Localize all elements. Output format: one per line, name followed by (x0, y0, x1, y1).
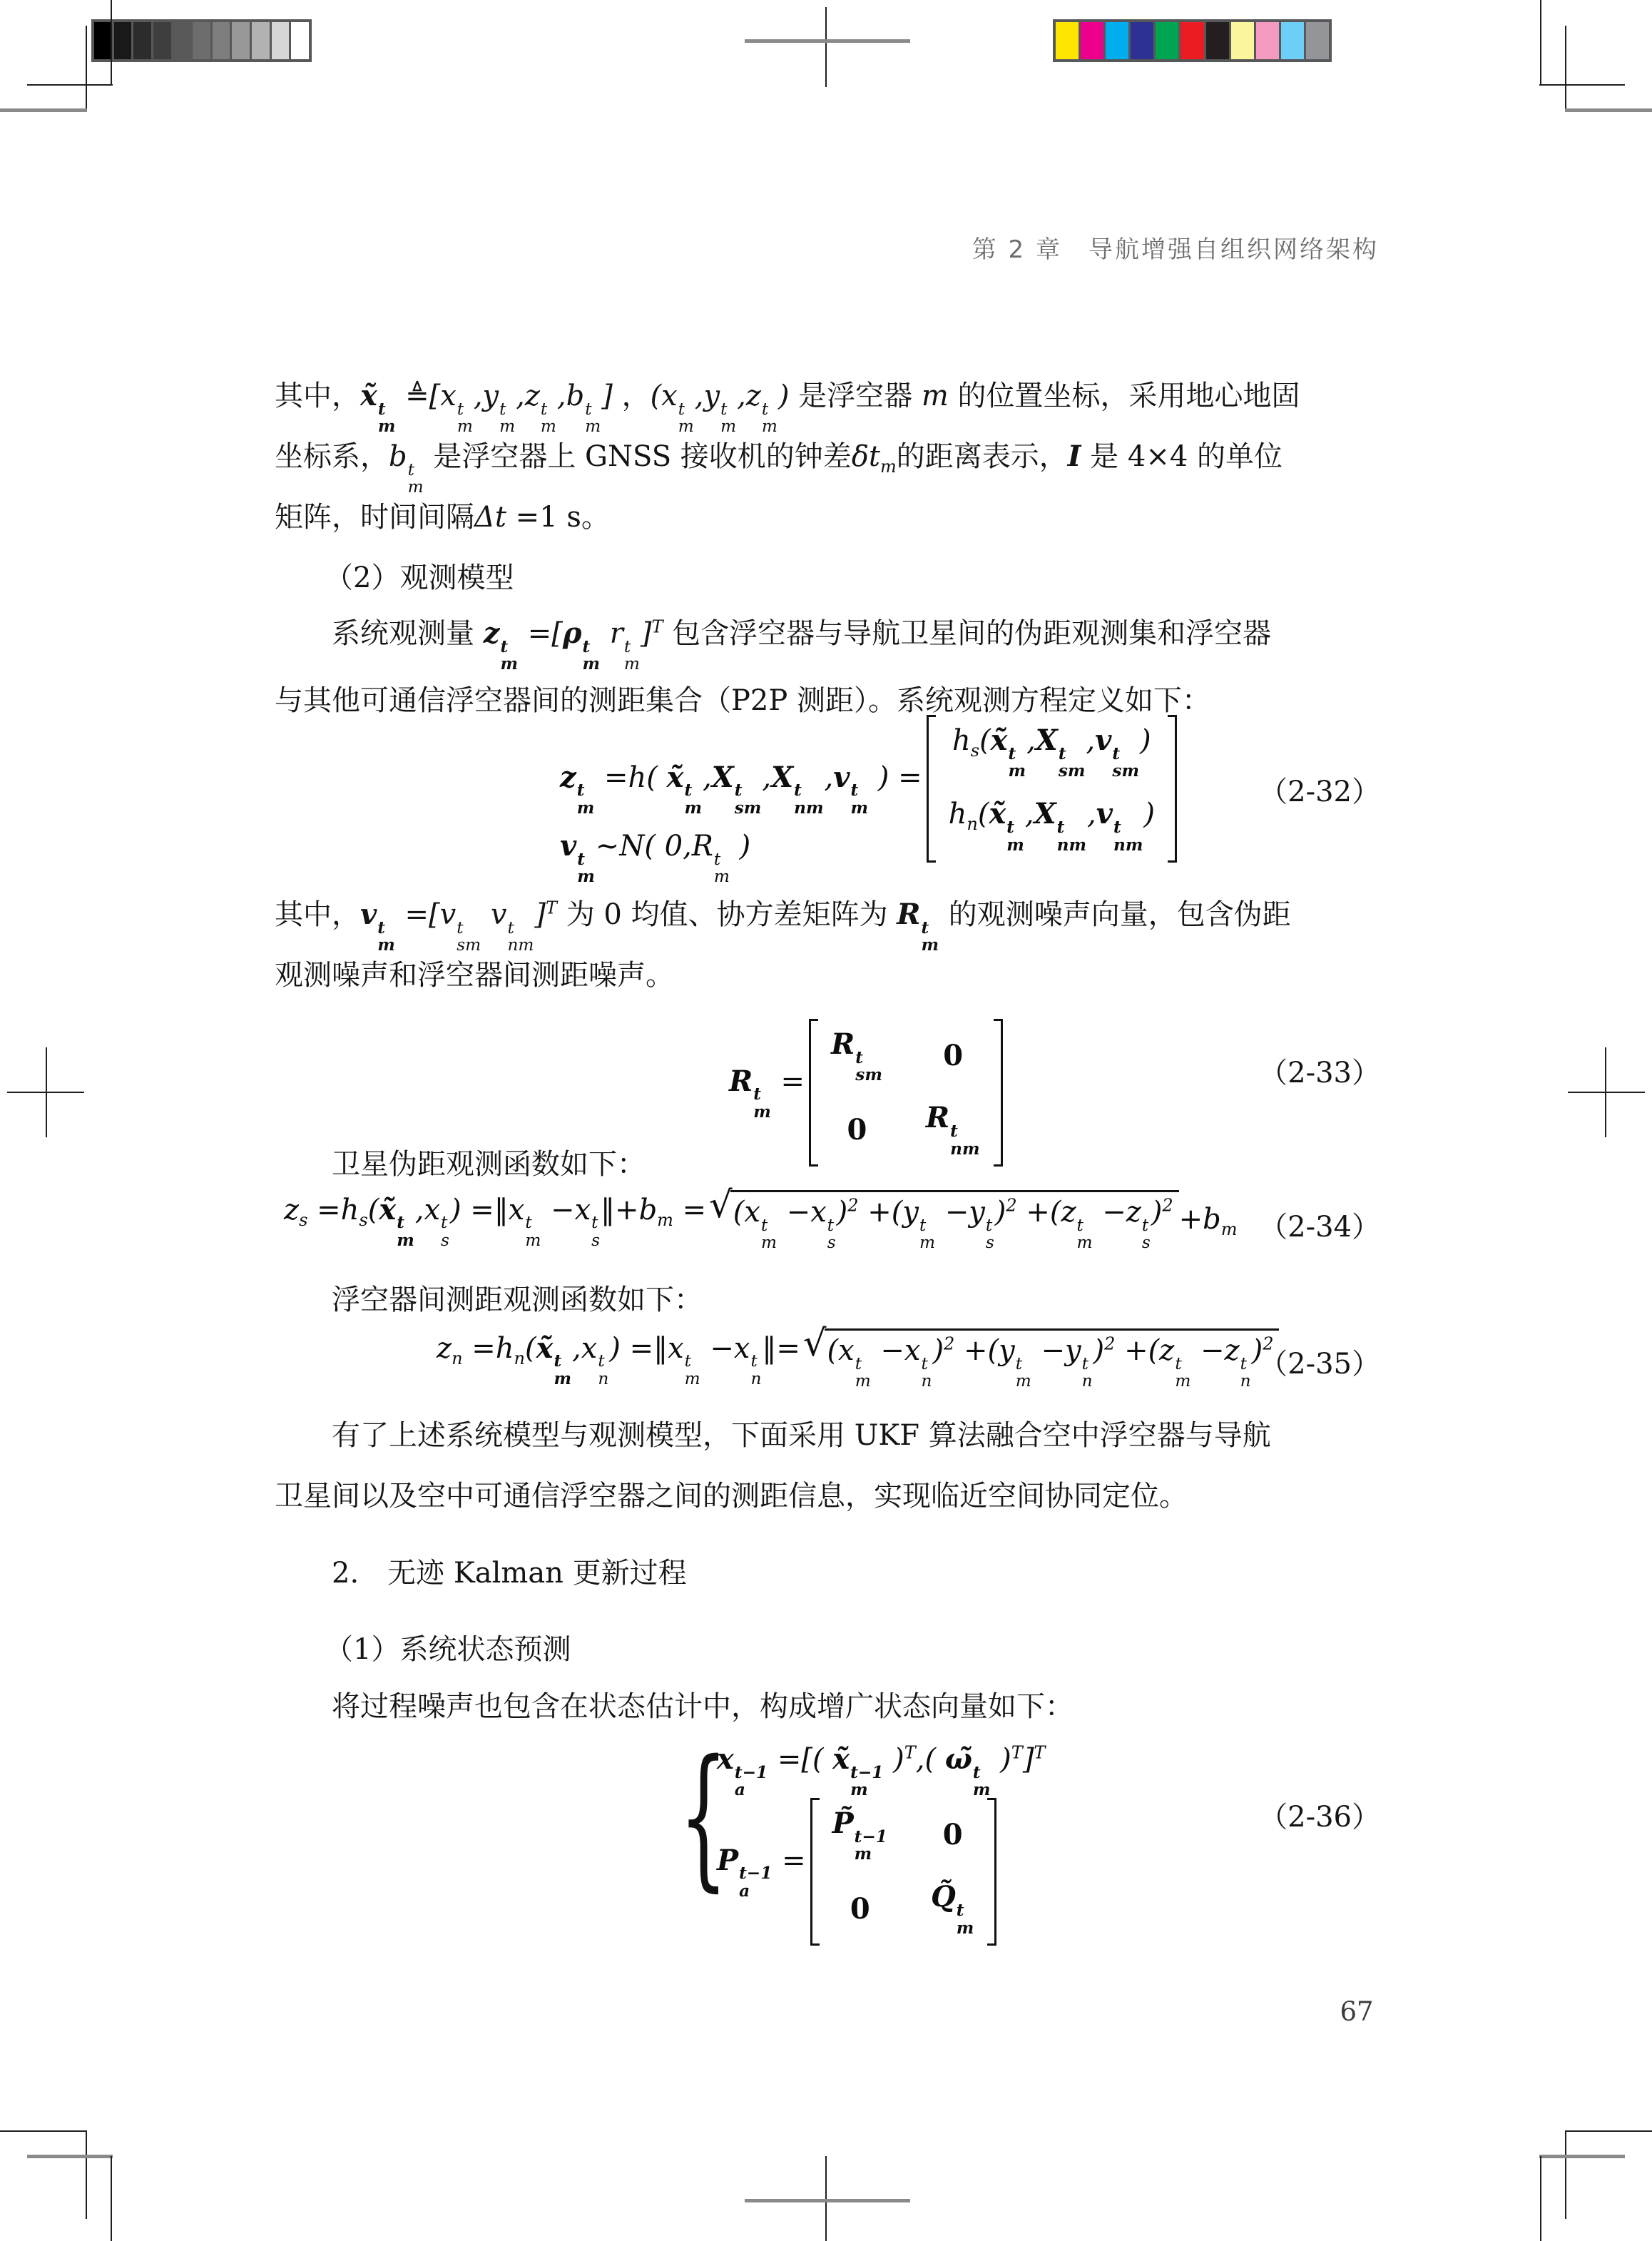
matrix-cell: Q̃tm (931, 1880, 974, 1936)
crop-mark (111, 2156, 112, 2241)
body-line: 其中，vtm =[vtsm vtnm]T 为 0 均值、协方差矩阵为 Rtm 的… (275, 893, 1291, 954)
equation-number-2-35: （2-35） (1238, 1341, 1380, 1382)
calibration-cell (1281, 22, 1306, 59)
body-line: （2）观测模型 (325, 557, 514, 599)
equation-2-36-row2: Pt−1a = P̃t−1m00Q̃tm (717, 1798, 1001, 1946)
matrix-cell: Rtnm (926, 1101, 981, 1157)
crop-mark (0, 2130, 87, 2132)
calibration-cell (1081, 22, 1106, 59)
matrix-2-33: Rtsm00Rtnm (809, 1019, 1003, 1167)
crop-mark (1565, 2130, 1566, 2219)
color-calibration-bar (1053, 19, 1332, 62)
calibration-cell (1056, 22, 1081, 59)
calibration-cell (1306, 22, 1329, 59)
matrix-cell: 0 (847, 1113, 867, 1147)
calibration-cell (1256, 22, 1281, 59)
matrix-cell: 0 (943, 1818, 963, 1851)
crop-mark (86, 2130, 87, 2219)
calibration-cell (232, 22, 252, 59)
grayscale-calibration-bar (91, 19, 312, 62)
calibration-cell (1106, 22, 1131, 59)
equation-lhs: ztm =h( x̃tm,Xtsm,Xtnm,vtm ) = (560, 761, 922, 817)
calibration-cell (133, 22, 153, 59)
matrix-cell: hn(x̃tm,Xtnm,vtnm) (949, 797, 1155, 853)
calibration-cell (1156, 22, 1181, 59)
running-header: 第 2 章 导航增强自组织网络架构 (275, 230, 1379, 265)
body-line: 有了上述系统模型与观测模型，下面采用 UKF 算法融合空中浮空器与导航 (332, 1414, 1271, 1457)
matrix-bracket (810, 1798, 820, 1946)
equation-number-2-33: （2-33） (1238, 1050, 1380, 1091)
matrix-cell: 0 (850, 1892, 870, 1926)
matrix-bracket (927, 715, 936, 863)
body-line: 卫星间以及空中可通信浮空器之间的测距信息，实现临近空间协同定位。 (275, 1475, 1188, 1518)
book-page: 第 2 章 导航增强自组织网络架构 其中，x̃tm ≜[xtm,ytm,ztm,… (0, 0, 1652, 2241)
equation-2-35: zn =hn(x̃tm,xtn) =‖xtm −xtn‖=√(xtm −xtn)… (437, 1328, 1279, 1391)
matrix-bracket (809, 1019, 818, 1167)
body-line: 坐标系，btm 是浮空器上 GNSS 接收机的钟差δtm的距离表示，I 是 4×… (275, 435, 1283, 496)
crop-mark (86, 26, 87, 111)
matrix-bracket (1168, 715, 1177, 863)
matrix-cell: 0 (943, 1039, 963, 1072)
registration-mark (1568, 1092, 1645, 1093)
section-heading: 2. 无迹 Kalman 更新过程 (332, 1552, 687, 1595)
crop-mark (1539, 2155, 1625, 2158)
matrix-2-36: P̃t−1m00Q̃tm (810, 1798, 997, 1946)
matrix-cell: P̃t−1m (832, 1806, 888, 1863)
crop-mark (1565, 108, 1652, 112)
matrix-cell: Rtsm (831, 1027, 883, 1084)
equation-number-2-32: （2-32） (1238, 769, 1380, 810)
registration-mark (825, 7, 827, 87)
body-line: 矩阵，时间间隔Δt =1 s。 (275, 496, 610, 539)
body-line: 将过程噪声也包含在状态估计中，构成增广状态向量如下： (332, 1685, 1074, 1728)
calibration-cell (1206, 22, 1231, 59)
equation-2-36-row1: xt−1a =[( x̃t−1m )T,( ω̃tm )T]T (717, 1742, 1045, 1799)
page-number: 67 (1328, 1996, 1385, 2027)
crop-mark (1565, 2130, 1652, 2132)
matrix-2-32: hs(x̃tm,Xtsm,vtsm)hn(x̃tm,Xtnm,vtnm) (927, 715, 1177, 863)
matrix-bracket (994, 1019, 1003, 1167)
body-line: 卫星伪距观测函数如下： (332, 1143, 646, 1186)
registration-mark (745, 39, 910, 43)
calibration-cell (272, 22, 292, 59)
equation-number-2-34: （2-34） (1238, 1204, 1380, 1245)
crop-mark (111, 0, 112, 86)
calibration-cell (193, 22, 213, 59)
body-line: 观测噪声和浮空器间测距噪声。 (275, 954, 674, 997)
calibration-cell (114, 22, 134, 59)
calibration-cell (291, 22, 309, 59)
matrix-grid: P̃t−1m00Q̃tm (820, 1798, 988, 1946)
matrix-bracket (987, 1798, 996, 1946)
crop-mark (27, 84, 113, 86)
crop-mark (1540, 0, 1541, 86)
calibration-cell (173, 22, 193, 59)
body-line: 系统观测量 ztm =[ρtm rtm]T 包含浮空器与导航卫星间的伪距观测集和… (332, 612, 1271, 673)
crop-mark (1540, 2156, 1541, 2241)
crop-mark (1539, 84, 1625, 86)
body-line: （1）系统状态预测 (325, 1628, 571, 1671)
registration-mark (46, 1047, 47, 1137)
equation-number-2-36: （2-36） (1238, 1794, 1380, 1835)
calibration-cell (213, 22, 233, 59)
body-line: 浮空器间测距观测函数如下： (332, 1279, 703, 1321)
calibration-cell (1231, 22, 1256, 59)
registration-mark (1605, 1047, 1606, 1137)
equation-2-32-noise: vtm∼N( 0,Rtm ) (560, 829, 750, 885)
matrix-grid: Rtsm00Rtnm (818, 1019, 994, 1167)
calibration-cell (1181, 22, 1205, 59)
registration-mark (745, 2199, 910, 2202)
equation-lhs: Rtm = (729, 1064, 805, 1121)
matrix-cell: hs(x̃tm,Xtsm,vtsm) (952, 723, 1151, 780)
calibration-cell (153, 22, 173, 59)
matrix-grid: hs(x̃tm,Xtsm,vtsm)hn(x̃tm,Xtnm,vtnm) (936, 715, 1168, 863)
body-line: 其中，x̃tm ≜[xtm,ytm,ztm,btm] ，(xtm,ytm,ztm… (275, 375, 1300, 435)
equation-2-33: Rtm = Rtsm00Rtnm (729, 1019, 1007, 1167)
equation-lhs: Pt−1a = (717, 1844, 806, 1900)
calibration-cell (252, 22, 272, 59)
calibration-cell (1131, 22, 1156, 59)
crop-mark (1565, 26, 1566, 111)
equation-2-34: zs =hs(x̃tm,xts) =‖xtm −xts‖+bm =√(xtm −… (284, 1190, 1238, 1252)
crop-mark (0, 108, 87, 112)
crop-mark (27, 2155, 113, 2158)
